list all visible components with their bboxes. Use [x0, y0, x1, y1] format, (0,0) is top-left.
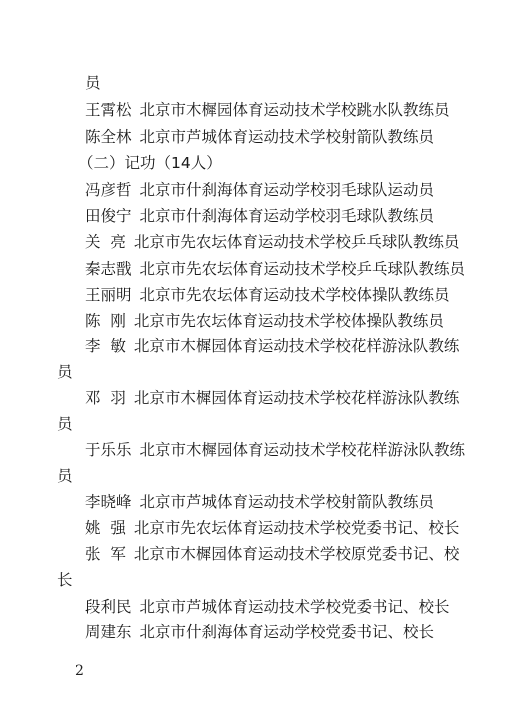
- person-title: 北京市木樨园体育运动技术学校原党委书记、校: [134, 545, 460, 563]
- award-entry: 姚 强北京市先农坛体育运动技术学校党委书记、校长: [85, 518, 459, 538]
- person-title: 北京市先农坛体育运动技术学校乒乓球队教练员: [140, 260, 466, 278]
- award-entry: 陈全林北京市芦城体育运动技术学校射箭队教练员: [85, 127, 434, 147]
- award-entry: 李 敏北京市木樨园体育运动技术学校花样游泳队教练: [85, 336, 459, 356]
- person-title: 北京市先农坛体育运动技术学校乒乓球队教练员: [134, 233, 460, 251]
- person-title: 北京市先农坛体育运动技术学校党委书记、校长: [134, 519, 460, 537]
- person-title: 北京市先农坛体育运动技术学校体操队教练员: [134, 312, 444, 330]
- person-title: 北京市芦城体育运动技术学校党委书记、校长: [140, 598, 450, 616]
- person-title: 北京市什刹海体育运动学校羽毛球队教练员: [140, 207, 435, 225]
- award-entry: 秦志戬北京市先农坛体育运动技术学校乒乓球队教练员: [85, 259, 465, 279]
- person-name: 秦志戬: [85, 259, 132, 279]
- wrap-continuation: 长: [57, 570, 73, 590]
- section-heading: （二）记功（14人）: [78, 153, 222, 173]
- person-name: 于乐乐: [85, 440, 132, 460]
- person-name: 李晓峰: [85, 492, 132, 512]
- page-number: 2: [75, 663, 84, 679]
- person-title: 北京市木樨园体育运动技术学校花样游泳队教练: [134, 389, 460, 407]
- wrap-continuation: 员: [57, 414, 73, 434]
- person-title: 北京市芦城体育运动技术学校射箭队教练员: [140, 128, 435, 146]
- award-entry: 王丽明北京市先农坛体育运动技术学校体操队教练员: [85, 285, 450, 305]
- person-name: 李 敏: [85, 336, 126, 356]
- wrap-continuation: 员: [85, 73, 101, 93]
- person-title: 北京市木樨园体育运动技术学校花样游泳队教练: [140, 441, 466, 459]
- person-title: 北京市木樨园体育运动技术学校花样游泳队教练: [134, 337, 460, 355]
- award-entry: 张 军北京市木樨园体育运动技术学校原党委书记、校: [85, 544, 459, 564]
- award-entry: 田俊宁北京市什刹海体育运动学校羽毛球队教练员: [85, 206, 434, 226]
- person-name: 周建东: [85, 622, 132, 642]
- person-title: 北京市什刹海体育运动学校党委书记、校长: [140, 623, 435, 641]
- award-entry: 李晓峰北京市芦城体育运动技术学校射箭队教练员: [85, 492, 434, 512]
- wrap-continuation: 员: [57, 362, 73, 382]
- person-name: 姚 强: [85, 518, 126, 538]
- award-entry: 关 亮北京市先农坛体育运动技术学校乒乓球队教练员: [85, 232, 459, 252]
- person-name: 陈全林: [85, 127, 132, 147]
- person-title: 北京市什刹海体育运动学校羽毛球队运动员: [140, 181, 435, 199]
- person-title: 北京市先农坛体育运动技术学校体操队教练员: [140, 286, 450, 304]
- award-entry: 陈 刚北京市先农坛体育运动技术学校体操队教练员: [85, 311, 444, 331]
- person-name: 段利民: [85, 597, 132, 617]
- person-name: 张 军: [85, 544, 126, 564]
- person-name: 邓 羽: [85, 388, 126, 408]
- award-entry: 王霄松北京市木樨园体育运动技术学校跳水队教练员: [85, 100, 450, 120]
- wrap-continuation: 员: [57, 466, 73, 486]
- person-title: 北京市芦城体育运动技术学校射箭队教练员: [140, 493, 435, 511]
- person-name: 王丽明: [85, 285, 132, 305]
- person-name: 陈 刚: [85, 311, 126, 331]
- person-title: 北京市木樨园体育运动技术学校跳水队教练员: [140, 101, 450, 119]
- award-entry: 邓 羽北京市木樨园体育运动技术学校花样游泳队教练: [85, 388, 459, 408]
- person-name: 田俊宁: [85, 206, 132, 226]
- award-entry: 于乐乐北京市木樨园体育运动技术学校花样游泳队教练: [85, 440, 465, 460]
- award-entry: 冯彦哲北京市什刹海体育运动学校羽毛球队运动员: [85, 180, 434, 200]
- award-entry: 段利民北京市芦城体育运动技术学校党委书记、校长: [85, 597, 450, 617]
- person-name: 关 亮: [85, 232, 126, 252]
- award-entry: 周建东北京市什刹海体育运动学校党委书记、校长: [85, 622, 434, 642]
- person-name: 王霄松: [85, 100, 132, 120]
- person-name: 冯彦哲: [85, 180, 132, 200]
